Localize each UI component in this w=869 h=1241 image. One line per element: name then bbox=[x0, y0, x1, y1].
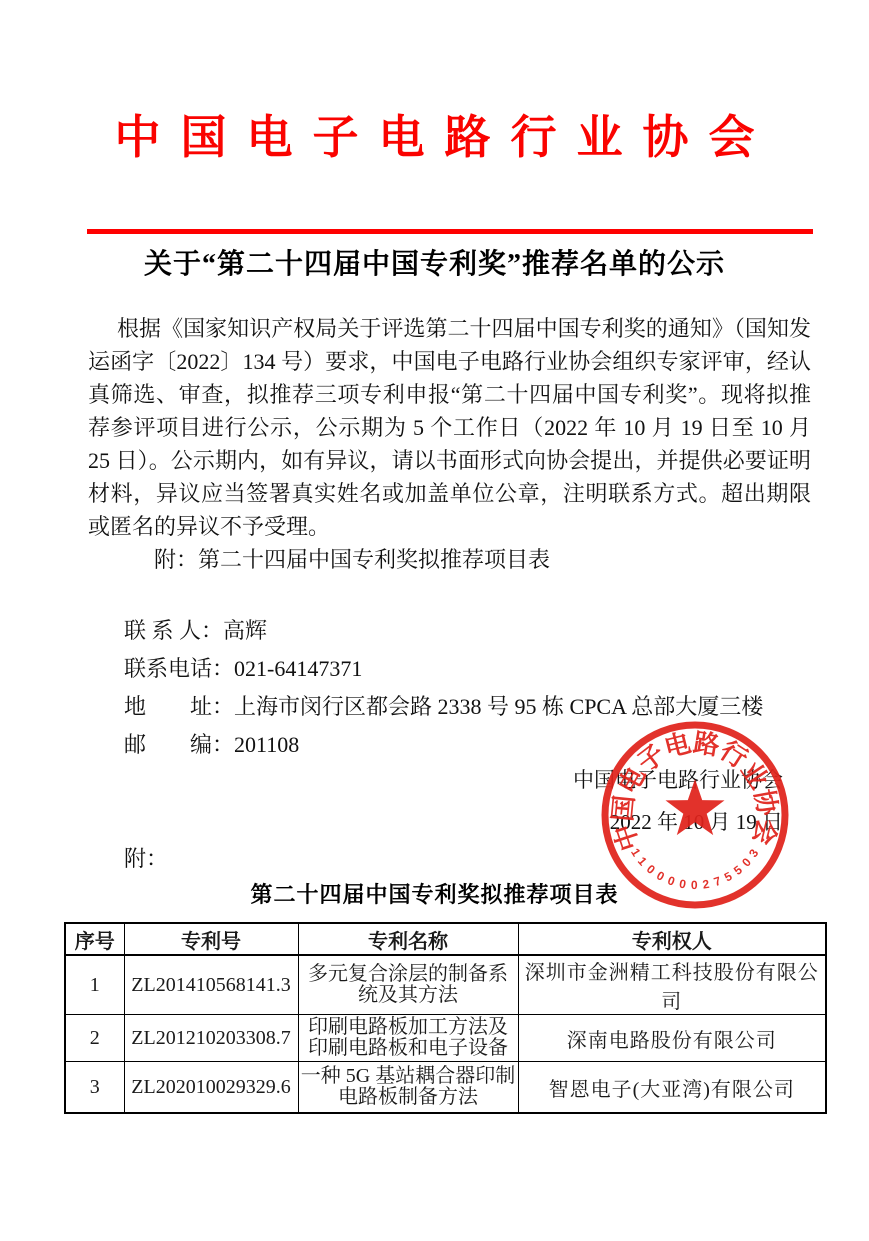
cell-patentee: 深圳市金洲精工科技股份有限公司 bbox=[518, 955, 826, 1015]
cell-patent-name: 多元复合涂层的制备系统及其方法 bbox=[298, 955, 518, 1015]
document-page: 中国电子电路行业协会 关于“第二十四届中国专利奖”推荐名单的公示 根据《国家知识… bbox=[0, 0, 869, 1241]
col-header-patent-no: 专利号 bbox=[124, 923, 298, 955]
document-title: 关于“第二十四届中国专利奖”推荐名单的公示 bbox=[0, 248, 869, 282]
contact-phone-label: 联系电话： bbox=[124, 656, 234, 681]
contact-person-label: 联 系 人： bbox=[124, 618, 223, 643]
contact-postcode-value: 201108 bbox=[234, 732, 299, 757]
table-row: 3 ZL202010029329.6 一种 5G 基站耦合器印制电路板制备方法 … bbox=[65, 1062, 826, 1114]
org-letterhead-title: 中国电子电路行业协会 bbox=[0, 110, 869, 164]
main-paragraph: 根据《国家知识产权局关于评选第二十四届中国专利奖的通知》（国知发运函字〔2022… bbox=[88, 312, 811, 543]
signature-org: 中国电子电路行业协会 bbox=[573, 759, 783, 801]
cell-patent-no: ZL201210203308.7 bbox=[124, 1015, 298, 1062]
cell-patent-name: 印刷电路板加工方法及印刷电路板和电子设备 bbox=[298, 1015, 518, 1062]
table-row: 1 ZL201410568141.3 多元复合涂层的制备系统及其方法 深圳市金洲… bbox=[65, 955, 826, 1015]
contact-phone-value: 021-64147371 bbox=[234, 656, 362, 681]
contact-block: 联 系 人：高辉 联系电话：021-64147371 地 址：上海市闵行区都会路… bbox=[124, 612, 763, 764]
cell-no: 3 bbox=[65, 1062, 124, 1114]
contact-address-line: 地 址：上海市闵行区都会路 2338 号 95 栋 CPCA 总部大厦三楼 bbox=[124, 688, 763, 726]
table-title: 第二十四届中国专利奖拟推荐项目表 bbox=[0, 881, 869, 909]
cell-no: 2 bbox=[65, 1015, 124, 1062]
table-header-row: 序号 专利号 专利名称 专利权人 bbox=[65, 923, 826, 955]
cell-patent-name: 一种 5G 基站耦合器印制电路板制备方法 bbox=[298, 1062, 518, 1114]
table-row: 2 ZL201210203308.7 印刷电路板加工方法及印刷电路板和电子设备 … bbox=[65, 1015, 826, 1062]
contact-postcode-label: 邮 编： bbox=[124, 732, 234, 757]
contact-person-value: 高辉 bbox=[223, 618, 267, 643]
cell-patent-no: ZL202010029329.6 bbox=[124, 1062, 298, 1114]
attachment-note: 附：第二十四届中国专利奖拟推荐项目表 bbox=[88, 543, 811, 576]
col-header-patentee: 专利权人 bbox=[518, 923, 826, 955]
attachment-label: 附： bbox=[124, 846, 168, 872]
contact-phone-line: 联系电话：021-64147371 bbox=[124, 650, 763, 688]
col-header-patent-name: 专利名称 bbox=[298, 923, 518, 955]
patent-table: 序号 专利号 专利名称 专利权人 1 ZL201410568141.3 多元复合… bbox=[64, 922, 827, 1114]
contact-address-label: 地 址： bbox=[124, 694, 234, 719]
signature-block: 中国电子电路行业协会 2022 年 10 月 19 日 bbox=[573, 759, 783, 843]
cell-patentee: 智恩电子(大亚湾)有限公司 bbox=[518, 1062, 826, 1114]
contact-address-value: 上海市闵行区都会路 2338 号 95 栋 CPCA 总部大厦三楼 bbox=[234, 694, 763, 719]
letterhead-divider bbox=[87, 229, 813, 234]
signature-date: 2022 年 10 月 19 日 bbox=[573, 801, 783, 843]
contact-person-line: 联 系 人：高辉 bbox=[124, 612, 763, 650]
body-text: 根据《国家知识产权局关于评选第二十四届中国专利奖的通知》（国知发运函字〔2022… bbox=[88, 312, 811, 576]
col-header-no: 序号 bbox=[65, 923, 124, 955]
cell-patentee: 深南电路股份有限公司 bbox=[518, 1015, 826, 1062]
cell-patent-no: ZL201410568141.3 bbox=[124, 955, 298, 1015]
cell-no: 1 bbox=[65, 955, 124, 1015]
